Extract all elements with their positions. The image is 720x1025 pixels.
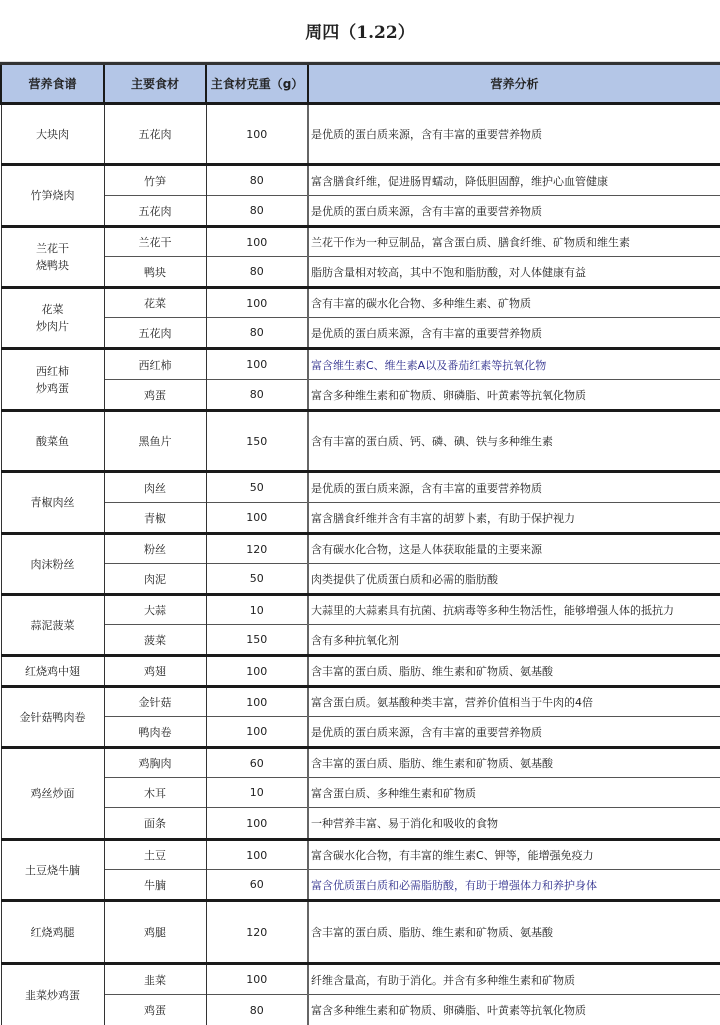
nutrition-table: 营养食谱 主要食材 主食材克重（g） 营养分析 大块肉五花肉100是优质的蛋白质…: [0, 62, 720, 1025]
ingredient-cell: 鸡蛋: [104, 995, 206, 1025]
analysis-cell: 脂肪含量相对较高，其中不饱和脂肪酸，对人体健康有益: [308, 257, 720, 288]
ingredient-cell: 花菜: [104, 288, 206, 318]
weight-cell: 100: [206, 687, 308, 717]
table-row: 土豆烧牛腩土豆100富含碳水化合物，有丰富的维生素C、钾等，能增强免疫力: [1, 840, 720, 870]
weight-cell: 50: [206, 564, 308, 595]
analysis-cell: 是优质的蛋白质来源，含有丰富的重要营养物质: [308, 318, 720, 349]
ingredient-cell: 牛腩: [104, 870, 206, 901]
analysis-cell: 富含膳食纤维，促进肠胃蠕动，降低胆固醇，维护心血管健康: [308, 165, 720, 196]
ingredient-cell: 金针菇: [104, 687, 206, 717]
table-row: 鸭肉卷100是优质的蛋白质来源，含有丰富的重要营养物质: [1, 717, 720, 748]
ingredient-cell: 鸭肉卷: [104, 717, 206, 748]
recipe-name-cell: 鸡丝炒面: [1, 748, 104, 840]
table-row: 青椒100富含膳食纤维并含有丰富的胡萝卜素，有助于保护视力: [1, 503, 720, 534]
table-row: 大块肉五花肉100是优质的蛋白质来源，含有丰富的重要营养物质: [1, 104, 720, 165]
table-row: 菠菜150含有多种抗氧化剂: [1, 625, 720, 656]
weight-cell: 60: [206, 870, 308, 901]
weight-cell: 100: [206, 349, 308, 380]
ingredient-cell: 木耳: [104, 778, 206, 808]
recipe-name-cell: 肉沫粉丝: [1, 534, 104, 595]
analysis-cell: 一种营养丰富、易于消化和吸收的食物: [308, 808, 720, 840]
table-row: 金针菇鸭肉卷金针菇100富含蛋白质。氨基酸种类丰富，营养价值相当于牛肉的4倍: [1, 687, 720, 717]
weight-cell: 150: [206, 625, 308, 656]
recipe-name-cell: 韭菜炒鸡蛋: [1, 964, 104, 1025]
table-row: 面条100一种营养丰富、易于消化和吸收的食物: [1, 808, 720, 840]
weight-cell: 150: [206, 411, 308, 472]
header-weight: 主食材克重（g）: [206, 64, 308, 104]
ingredient-cell: 竹笋: [104, 165, 206, 196]
ingredient-cell: 五花肉: [104, 196, 206, 227]
weight-cell: 50: [206, 472, 308, 503]
table-row: 青椒肉丝肉丝50是优质的蛋白质来源，含有丰富的重要营养物质: [1, 472, 720, 503]
weight-cell: 100: [206, 840, 308, 870]
analysis-cell: 含有多种抗氧化剂: [308, 625, 720, 656]
weight-cell: 100: [206, 656, 308, 687]
recipe-name-cell: 西红柿 炒鸡蛋: [1, 349, 104, 411]
ingredient-cell: 菠菜: [104, 625, 206, 656]
table-row: 鸡蛋80富含多种维生素和矿物质、卵磷脂、叶黄素等抗氧化物质: [1, 380, 720, 411]
header-recipe: 营养食谱: [1, 64, 104, 104]
analysis-cell: 是优质的蛋白质来源，含有丰富的重要营养物质: [308, 104, 720, 165]
table-row: 肉泥50肉类提供了优质蛋白质和必需的脂肪酸: [1, 564, 720, 595]
analysis-cell: 是优质的蛋白质来源，含有丰富的重要营养物质: [308, 472, 720, 503]
recipe-name-cell: 红烧鸡中翅: [1, 656, 104, 687]
recipe-name-cell: 金针菇鸭肉卷: [1, 687, 104, 748]
weight-cell: 120: [206, 534, 308, 564]
weight-cell: 100: [206, 288, 308, 318]
analysis-cell: 富含碳水化合物，有丰富的维生素C、钾等，能增强免疫力: [308, 840, 720, 870]
weight-cell: 80: [206, 257, 308, 288]
table-row: 鸡蛋80富含多种维生素和矿物质、卵磷脂、叶黄素等抗氧化物质: [1, 995, 720, 1025]
analysis-cell: 大蒜里的大蒜素具有抗菌、抗病毒等多种生物活性，能够增强人体的抵抗力: [308, 595, 720, 625]
table-row: 肉沫粉丝粉丝120含有碳水化合物，这是人体获取能量的主要来源: [1, 534, 720, 564]
table-row: 韭菜炒鸡蛋韭菜100纤维含量高，有助于消化。并含有多种维生素和矿物质: [1, 964, 720, 995]
analysis-cell: 含有丰富的碳水化合物、多种维生素、矿物质: [308, 288, 720, 318]
weight-cell: 100: [206, 503, 308, 534]
recipe-name-cell: 花菜 炒肉片: [1, 288, 104, 349]
table-row: 蒜泥菠菜大蒜10大蒜里的大蒜素具有抗菌、抗病毒等多种生物活性，能够增强人体的抵抗…: [1, 595, 720, 625]
weight-cell: 100: [206, 717, 308, 748]
ingredient-cell: 鸡腿: [104, 901, 206, 964]
table-row: 西红柿 炒鸡蛋西红柿100富含维生素C、维生素A以及番茄红素等抗氧化物: [1, 349, 720, 380]
ingredient-cell: 兰花干: [104, 227, 206, 257]
analysis-cell: 是优质的蛋白质来源，含有丰富的重要营养物质: [308, 196, 720, 227]
ingredient-cell: 青椒: [104, 503, 206, 534]
header-analysis: 营养分析: [308, 64, 720, 104]
ingredient-cell: 韭菜: [104, 964, 206, 995]
analysis-cell: 含有碳水化合物，这是人体获取能量的主要来源: [308, 534, 720, 564]
weight-cell: 80: [206, 196, 308, 227]
analysis-cell: 富含维生素C、维生素A以及番茄红素等抗氧化物: [308, 349, 720, 380]
table-header-row: 营养食谱 主要食材 主食材克重（g） 营养分析: [1, 64, 720, 104]
table-row: 花菜 炒肉片花菜100含有丰富的碳水化合物、多种维生素、矿物质: [1, 288, 720, 318]
weight-cell: 100: [206, 808, 308, 840]
analysis-cell: 富含多种维生素和矿物质、卵磷脂、叶黄素等抗氧化物质: [308, 995, 720, 1025]
analysis-cell: 含丰富的蛋白质、脂肪、维生素和矿物质、氨基酸: [308, 901, 720, 964]
recipe-name-cell: 土豆烧牛腩: [1, 840, 104, 901]
recipe-name-cell: 兰花干 烧鸭块: [1, 227, 104, 288]
table-row: 鸭块80脂肪含量相对较高，其中不饱和脂肪酸，对人体健康有益: [1, 257, 720, 288]
recipe-name-cell: 蒜泥菠菜: [1, 595, 104, 656]
analysis-cell: 富含蛋白质。氨基酸种类丰富，营养价值相当于牛肉的4倍: [308, 687, 720, 717]
analysis-cell: 富含优质蛋白质和必需脂肪酸，有助于增强体力和养护身体: [308, 870, 720, 901]
table-row: 木耳10富含蛋白质、多种维生素和矿物质: [1, 778, 720, 808]
analysis-cell: 含丰富的蛋白质、脂肪、维生素和矿物质、氨基酸: [308, 748, 720, 778]
recipe-name-cell: 酸菜鱼: [1, 411, 104, 472]
ingredient-cell: 五花肉: [104, 318, 206, 349]
analysis-cell: 富含多种维生素和矿物质、卵磷脂、叶黄素等抗氧化物质: [308, 380, 720, 411]
weight-cell: 10: [206, 595, 308, 625]
analysis-cell: 是优质的蛋白质来源，含有丰富的重要营养物质: [308, 717, 720, 748]
analysis-cell: 富含膳食纤维并含有丰富的胡萝卜素，有助于保护视力: [308, 503, 720, 534]
recipe-name-cell: 竹笋烧肉: [1, 165, 104, 227]
table-row: 兰花干 烧鸭块兰花干100兰花干作为一种豆制品，富含蛋白质、膳食纤维、矿物质和维…: [1, 227, 720, 257]
ingredient-cell: 肉泥: [104, 564, 206, 595]
page-title: 周四（1.22）: [0, 0, 720, 62]
ingredient-cell: 鸡翅: [104, 656, 206, 687]
weight-cell: 80: [206, 380, 308, 411]
weight-cell: 10: [206, 778, 308, 808]
weight-cell: 60: [206, 748, 308, 778]
ingredient-cell: 大蒜: [104, 595, 206, 625]
ingredient-cell: 粉丝: [104, 534, 206, 564]
weight-cell: 120: [206, 901, 308, 964]
analysis-cell: 含有丰富的蛋白质、钙、磷、碘、铁与多种维生素: [308, 411, 720, 472]
ingredient-cell: 土豆: [104, 840, 206, 870]
weight-cell: 100: [206, 104, 308, 165]
recipe-name-cell: 红烧鸡腿: [1, 901, 104, 964]
weight-cell: 100: [206, 964, 308, 995]
header-ingredient: 主要食材: [104, 64, 206, 104]
table-body: 大块肉五花肉100是优质的蛋白质来源，含有丰富的重要营养物质竹笋烧肉竹笋80富含…: [1, 104, 720, 1025]
table-row: 五花肉80是优质的蛋白质来源，含有丰富的重要营养物质: [1, 318, 720, 349]
table-row: 竹笋烧肉竹笋80富含膳食纤维，促进肠胃蠕动，降低胆固醇，维护心血管健康: [1, 165, 720, 196]
ingredient-cell: 五花肉: [104, 104, 206, 165]
table-row: 红烧鸡腿鸡腿120含丰富的蛋白质、脂肪、维生素和矿物质、氨基酸: [1, 901, 720, 964]
ingredient-cell: 鸡蛋: [104, 380, 206, 411]
ingredient-cell: 西红柿: [104, 349, 206, 380]
table-row: 五花肉80是优质的蛋白质来源，含有丰富的重要营养物质: [1, 196, 720, 227]
weight-cell: 80: [206, 165, 308, 196]
table-row: 红烧鸡中翅鸡翅100含丰富的蛋白质、脂肪、维生素和矿物质、氨基酸: [1, 656, 720, 687]
recipe-name-cell: 青椒肉丝: [1, 472, 104, 534]
analysis-cell: 富含蛋白质、多种维生素和矿物质: [308, 778, 720, 808]
table-row: 酸菜鱼黑鱼片150含有丰富的蛋白质、钙、磷、碘、铁与多种维生素: [1, 411, 720, 472]
ingredient-cell: 鸭块: [104, 257, 206, 288]
analysis-cell: 含丰富的蛋白质、脂肪、维生素和矿物质、氨基酸: [308, 656, 720, 687]
ingredient-cell: 鸡胸肉: [104, 748, 206, 778]
weight-cell: 100: [206, 227, 308, 257]
weight-cell: 80: [206, 318, 308, 349]
weight-cell: 80: [206, 995, 308, 1025]
analysis-cell: 兰花干作为一种豆制品，富含蛋白质、膳食纤维、矿物质和维生素: [308, 227, 720, 257]
analysis-cell: 肉类提供了优质蛋白质和必需的脂肪酸: [308, 564, 720, 595]
table-row: 鸡丝炒面鸡胸肉60含丰富的蛋白质、脂肪、维生素和矿物质、氨基酸: [1, 748, 720, 778]
ingredient-cell: 黑鱼片: [104, 411, 206, 472]
ingredient-cell: 肉丝: [104, 472, 206, 503]
recipe-name-cell: 大块肉: [1, 104, 104, 165]
table-row: 牛腩60富含优质蛋白质和必需脂肪酸，有助于增强体力和养护身体: [1, 870, 720, 901]
analysis-cell: 纤维含量高，有助于消化。并含有多种维生素和矿物质: [308, 964, 720, 995]
ingredient-cell: 面条: [104, 808, 206, 840]
